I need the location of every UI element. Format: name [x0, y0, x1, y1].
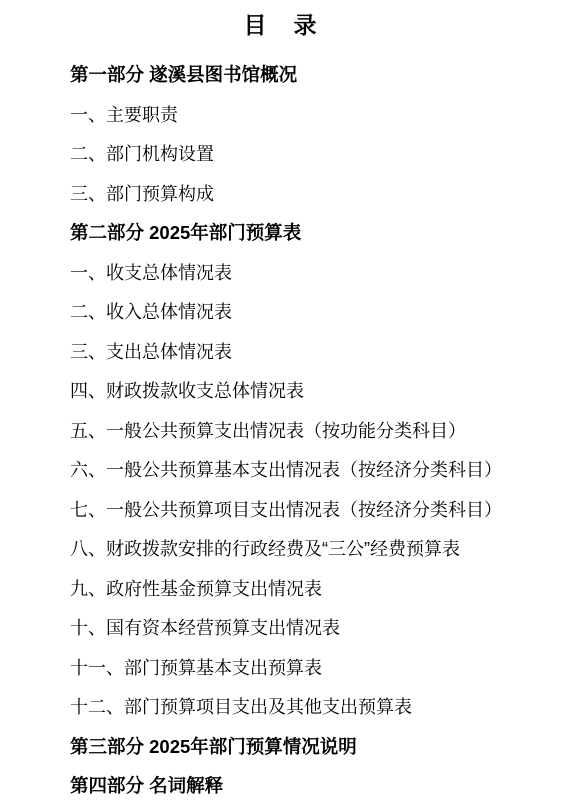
toc-item-expense-overview: 三、支出总体情况表 [70, 341, 522, 363]
toc-item-org-setup: 二、部门机构设置 [70, 143, 522, 165]
toc-item-dept-project-other-expense: 十二、部门预算项目支出及其他支出预算表 [70, 696, 522, 718]
toc-item-income-overview: 二、收入总体情况表 [70, 301, 522, 323]
toc-item-government-fund-budget: 九、政府性基金预算支出情况表 [70, 578, 522, 600]
toc-item-public-budget-basic-economic: 六、一般公共预算基本支出情况表（按经济分类科目） [70, 459, 522, 481]
toc-item-public-budget-expense-functional: 五、一般公共预算支出情况表（按功能分类科目） [70, 420, 522, 442]
toc-item-state-capital-budget: 十、国有资本经营预算支出情况表 [70, 617, 522, 639]
page-title: 目 录 [40, 10, 522, 40]
toc-item-dept-basic-expense-budget: 十一、部门预算基本支出预算表 [70, 657, 522, 679]
toc-item-main-duties: 一、主要职责 [70, 104, 522, 126]
toc-section-part4: 第四部分 名词解释 [70, 775, 522, 797]
toc-section-part1: 第一部分 遂溪县图书馆概况 [70, 64, 522, 86]
toc-item-admin-three-public-funds: 八、财政拨款安排的行政经费及“三公”经费预算表 [70, 538, 522, 560]
table-of-contents: 第一部分 遂溪县图书馆概况 一、主要职责 二、部门机构设置 三、部门预算构成 第… [70, 64, 522, 797]
toc-section-part3: 第三部分 2025年部门预算情况说明 [70, 736, 522, 758]
toc-item-budget-composition: 三、部门预算构成 [70, 183, 522, 205]
toc-item-fiscal-allocation-overview: 四、财政拨款收支总体情况表 [70, 380, 522, 402]
toc-item-public-budget-project-economic: 七、一般公共预算项目支出情况表（按经济分类科目） [70, 499, 522, 521]
document-page: 目 录 第一部分 遂溪县图书馆概况 一、主要职责 二、部门机构设置 三、部门预算… [0, 0, 562, 808]
toc-section-part2: 第二部分 2025年部门预算表 [70, 222, 522, 244]
toc-item-income-expense-overview: 一、收支总体情况表 [70, 262, 522, 284]
